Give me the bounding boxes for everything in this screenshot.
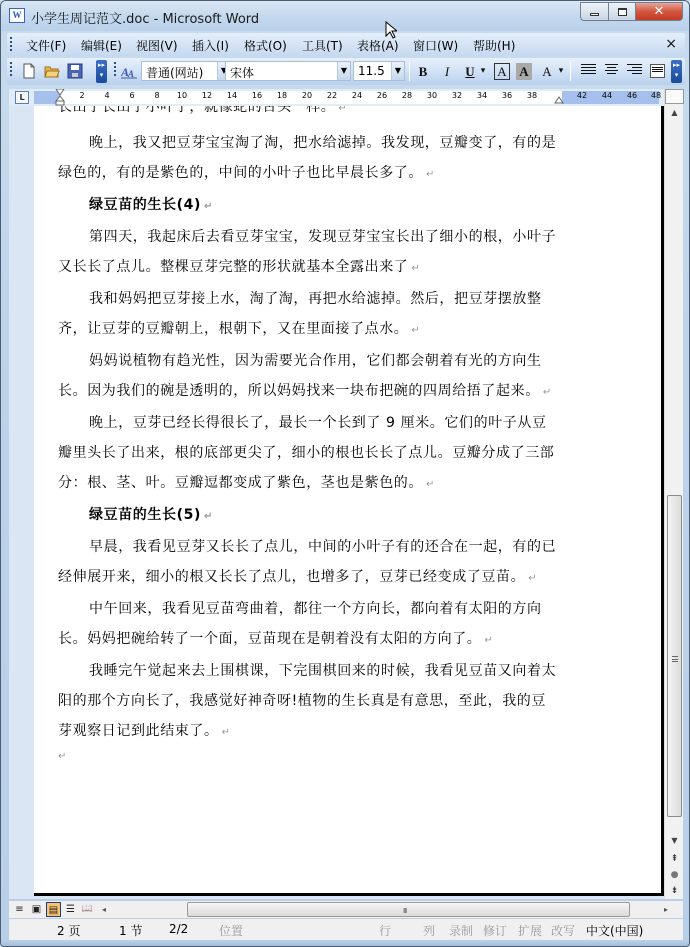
arrow-up-icon: ▲: [671, 108, 677, 117]
horizontal-scroll-row: ≡ ▣ ▤ ☰ 📖 ◂ III ▸: [9, 901, 683, 918]
ruler-number: 22: [327, 91, 337, 100]
underline-dropdown[interactable]: ▾: [479, 62, 487, 81]
document-area: 长出了长出了小叶子，就像蛇的舌头一样。↵ 晚上，我又把豆芽宝宝淘了淘，把水给滤掉…: [9, 106, 664, 899]
horizontal-ruler[interactable]: L 2 4 6 8 10 12 14 16 18 20 22 24 26 28 …: [9, 89, 664, 106]
status-record[interactable]: 录制: [449, 922, 473, 939]
ruler-number: 14: [227, 91, 237, 100]
outline-view-button[interactable]: ☰: [63, 902, 78, 917]
ruler-number: 42: [577, 91, 587, 100]
menu-view[interactable]: 视图(V): [136, 37, 178, 54]
menu-edit[interactable]: 编辑(E): [81, 37, 122, 54]
chevron-down-icon[interactable]: ▼: [391, 62, 404, 80]
partial-line: 长出了长出了小叶子，就像蛇的舌头一样。↵: [58, 106, 558, 120]
formatting-toolbar: ▸▸▾ A A 普通(网站) ▼ 宋体 ▼ 11.5 ▼ B I U ▾ A A…: [7, 58, 685, 85]
web-layout-icon: ▣: [32, 904, 41, 915]
minimize-button[interactable]: [580, 2, 609, 21]
menu-grip-handle[interactable]: [10, 37, 12, 52]
reading-layout-view-button[interactable]: 📖: [80, 902, 95, 917]
menu-help[interactable]: 帮助(H): [473, 37, 515, 54]
new-document-icon[interactable]: [21, 63, 37, 79]
ruler-number: 24: [352, 91, 362, 100]
first-line-indent-marker[interactable]: [55, 89, 65, 106]
mouse-cursor-icon: [385, 21, 397, 39]
ruler-number: 16: [252, 91, 262, 100]
toolbar-separator: [570, 62, 571, 81]
menu-file[interactable]: 文件(F): [26, 37, 66, 54]
paragraph-mark-icon: ↵: [411, 263, 420, 274]
ruler-number: 10: [177, 91, 187, 100]
menu-insert[interactable]: 插入(I): [192, 37, 229, 54]
save-icon[interactable]: [67, 63, 83, 79]
paragraph-mark-icon: ↵: [204, 201, 213, 212]
menu-tools[interactable]: 工具(T): [302, 37, 343, 54]
paragraph-mark-icon: ↵: [426, 169, 435, 180]
styles-pane-icon[interactable]: A A: [121, 63, 137, 79]
window-title: 小学生周记范文.doc - Microsoft Word: [31, 8, 259, 27]
ruler-number: 36: [502, 91, 512, 100]
status-position[interactable]: 位置: [219, 922, 243, 939]
ruler-number: 32: [452, 91, 462, 100]
grip-icon: III: [403, 907, 406, 915]
paragraph: 我和妈妈把豆芽接上水，淘了淘，再把水给滤掉。然后，把豆芽摆放整齐，让豆芽的豆瓣朝…: [58, 284, 558, 346]
align-right-button[interactable]: [627, 64, 642, 78]
reading-layout-icon: 📖: [82, 904, 93, 914]
grip-icon: [672, 656, 678, 662]
select-browse-object-button[interactable]: ●: [665, 867, 684, 883]
right-indent-marker[interactable]: [554, 96, 564, 104]
horizontal-scroll-thumb[interactable]: III: [187, 902, 630, 917]
outline-view-icon: ☰: [66, 904, 75, 915]
section-heading: 绿豆苗的生长(5)↵: [58, 500, 558, 532]
toolbar-separator: [409, 62, 410, 81]
status-overtype[interactable]: 改写: [551, 922, 575, 939]
word-window: W 小学生周记范文.doc - Microsoft Word ✕ 文件(F) 编…: [0, 0, 690, 947]
bold-button[interactable]: B: [415, 62, 431, 81]
paragraph-mark-icon: ↵: [204, 511, 213, 522]
ruler-number: 44: [602, 91, 612, 100]
character-border-button[interactable]: A: [494, 63, 510, 80]
scroll-down-button[interactable]: ▼: [665, 833, 684, 849]
normal-view-button[interactable]: ≡: [12, 902, 27, 917]
split-box[interactable]: [665, 89, 684, 104]
arrow-right-icon: ▸: [664, 905, 668, 914]
scroll-right-button[interactable]: ▸: [664, 902, 674, 917]
vertical-ruler-gutter: [9, 106, 34, 899]
status-page-count[interactable]: 2/2: [169, 922, 188, 936]
paragraph: 中午回来，我看见豆苗弯曲着，都往一个方向长，都向着有太阳的方向长。妈妈把碗给转了…: [58, 594, 558, 656]
underline-button[interactable]: U: [462, 62, 478, 81]
phonetic-guide-icon: A: [542, 64, 551, 79]
document-page[interactable]: 长出了长出了小叶子，就像蛇的舌头一样。↵ 晚上，我又把豆芽宝宝淘了淘，把水给滤掉…: [34, 106, 664, 896]
toolbar-options-chevron[interactable]: ▸▸▾: [96, 60, 107, 83]
paragraph: 妈妈说植物有趋光性，因为需要光合作用，它们都会朝着有光的方向生长。因为我们的碗是…: [58, 346, 558, 408]
toolbar-options-chevron[interactable]: ▸▸▾: [671, 60, 682, 83]
section-heading: 绿豆苗的生长(4)↵: [58, 190, 558, 222]
paragraph-mark-icon: ↵: [58, 751, 67, 762]
empty-paragraph: ↵: [58, 748, 558, 764]
distributed-align-button[interactable]: [650, 64, 665, 78]
close-document-button[interactable]: ×: [665, 36, 677, 52]
ruler-number: 8: [154, 91, 159, 100]
paragraph: 第四天，我起床后去看豆芽宝宝，发现豆芽宝宝长出了细小的根，小叶子又长长了点儿。整…: [58, 222, 558, 284]
tab-selector[interactable]: L: [15, 91, 29, 104]
arrow-down-icon: ▼: [671, 836, 677, 845]
status-track-changes[interactable]: 修订: [483, 922, 507, 939]
vertical-scroll-thumb[interactable]: [667, 495, 682, 817]
ruler-number: 20: [302, 91, 312, 100]
phonetic-dropdown[interactable]: ▾: [557, 62, 565, 81]
word-app-icon[interactable]: W: [9, 8, 25, 23]
status-bar: 2 页 1 节 2/2 位置 行 列 录制 修订 扩展 改写 中文(中国): [9, 919, 683, 940]
style-value: 普通(网站): [146, 64, 203, 81]
menu-bar: 文件(F) 编辑(E) 视图(V) 插入(I) 格式(O) 工具(T) 表格(A…: [7, 33, 685, 56]
font-combo[interactable]: 宋体 ▼: [225, 61, 351, 81]
ruler-number: 4: [104, 91, 109, 100]
double-down-icon: ⇟: [671, 886, 679, 896]
ruler-number: 48: [651, 91, 661, 100]
status-line[interactable]: 行: [379, 922, 391, 939]
paragraph-mark-icon: ↵: [222, 727, 231, 738]
paragraph: 早晨，我看见豆芽又长长了点儿，中间的小叶子有的还合在一起，有的已经伸展开来，细小…: [58, 532, 558, 594]
next-page-button[interactable]: ⇟: [665, 883, 684, 899]
font-value: 宋体: [230, 64, 254, 81]
paragraph-mark-icon: ↵: [484, 635, 493, 646]
ruler-number: 6: [129, 91, 134, 100]
font-size-combo[interactable]: 11.5 ▼: [353, 61, 405, 81]
ruler-number: 2: [79, 91, 84, 100]
ruler-number: 34: [477, 91, 487, 100]
toolbar2-grip-handle[interactable]: [114, 62, 116, 77]
open-folder-icon[interactable]: [44, 63, 60, 79]
ruler-number: 28: [402, 91, 412, 100]
close-button[interactable]: ✕: [636, 2, 683, 21]
font-size-value: 11.5: [358, 64, 385, 78]
arrow-left-icon: ◂: [102, 905, 106, 914]
ruler-number: 46: [627, 91, 637, 100]
justify-button[interactable]: [581, 64, 596, 78]
ruler-number: 30: [427, 91, 437, 100]
document-body[interactable]: 长出了长出了小叶子，就像蛇的舌头一样。↵ 晚上，我又把豆芽宝宝淘了淘，把水给滤掉…: [58, 106, 558, 764]
window-bottom-border: [1, 941, 690, 947]
browse-object-icon: ●: [671, 870, 679, 880]
minimize-icon: [590, 13, 599, 16]
ruler-number: 26: [377, 91, 387, 100]
paragraph: 晚上，我又把豆芽宝宝淘了淘，把水给滤掉。我发现，豆瓣变了，有的是绿色的，有的是紫…: [58, 128, 558, 190]
ruler-number: 18: [277, 91, 287, 100]
status-language[interactable]: 中文(中国): [586, 922, 643, 939]
window-controls: ✕: [580, 2, 683, 21]
print-layout-view-button[interactable]: ▤: [46, 902, 61, 917]
style-combo[interactable]: 普通(网站) ▼: [141, 61, 231, 81]
status-page[interactable]: 2 页: [57, 922, 80, 939]
status-column[interactable]: 列: [423, 922, 435, 939]
menu-window[interactable]: 窗口(W): [413, 37, 458, 54]
title-bar: W 小学生周记范文.doc - Microsoft Word ✕: [1, 1, 689, 31]
status-section[interactable]: 1 节: [119, 922, 142, 939]
paragraph-mark-icon: ↵: [411, 325, 420, 336]
maximize-button[interactable]: [609, 2, 636, 21]
character-shading-button[interactable]: A: [516, 63, 532, 80]
align-center-button[interactable]: [604, 64, 619, 78]
ruler-number: 12: [202, 91, 212, 100]
paragraph: 晚上，豆芽已经长得很长了，最长一个长到了 9 厘米。它们的叶子从豆瓣里头长了出来…: [58, 408, 558, 500]
double-up-icon: ⇞: [671, 854, 679, 864]
scroll-up-button[interactable]: ▲: [665, 105, 684, 121]
previous-page-button[interactable]: ⇞: [665, 851, 684, 867]
paragraph-mark-icon: ↵: [543, 387, 552, 398]
maximize-icon: [618, 8, 627, 16]
status-extend[interactable]: 扩展: [518, 922, 542, 939]
ruler-number: 38: [527, 91, 537, 100]
vertical-scrollbar[interactable]: ▲ ▼ ⇞ ● ⇟: [664, 89, 683, 899]
italic-button[interactable]: I: [439, 62, 455, 81]
paragraph-mark-icon: ↵: [426, 479, 435, 490]
paragraph: 我睡完午觉起来去上围棋课，下完围棋回来的时候，我看见豆苗又向着太阳的那个方向长了…: [58, 656, 558, 748]
toolbar-grip-handle[interactable]: [10, 62, 12, 77]
print-layout-icon: ▤: [49, 905, 58, 916]
chevron-down-icon[interactable]: ▼: [337, 62, 350, 80]
menu-format[interactable]: 格式(O): [244, 37, 287, 54]
web-layout-view-button[interactable]: ▣: [29, 902, 44, 917]
close-icon: ✕: [654, 4, 665, 19]
scroll-left-button[interactable]: ◂: [102, 902, 112, 917]
normal-view-icon: ≡: [15, 904, 23, 915]
menu-table[interactable]: 表格(A): [357, 37, 399, 54]
paragraph-mark-icon: ↵: [528, 573, 537, 584]
phonetic-guide-button[interactable]: A: [539, 62, 555, 81]
